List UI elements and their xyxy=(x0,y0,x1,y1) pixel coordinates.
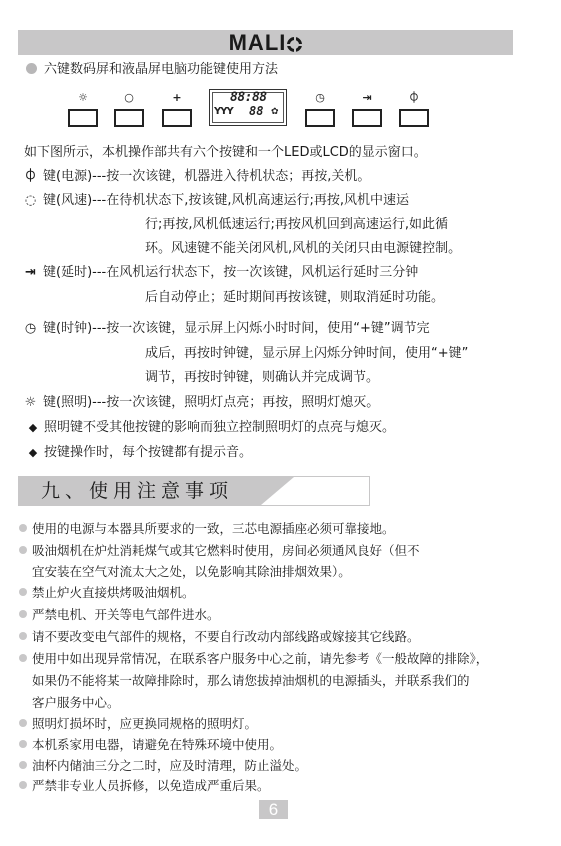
bullet-dot-icon xyxy=(19,546,27,554)
function-delay-line: 后自动停止；延时期间再按该键，则取消延时功能。 xyxy=(145,289,444,307)
lcd-display: 88:88 YYY 88 ✿ xyxy=(209,89,287,126)
fan-speed-key-button xyxy=(114,109,144,127)
bullet-dot-icon xyxy=(19,588,27,596)
delay-icon: ⇥ xyxy=(352,92,382,104)
note-text: 如果仍不能将某一故障排除时，那么请您拔掉油烟机的电源插头，并联系我们的 xyxy=(32,673,470,688)
clock-icon: ◷ xyxy=(22,320,39,338)
bullet-dot-icon xyxy=(19,781,27,789)
brand-logo: MALI xyxy=(18,31,513,55)
note-text: 客户服务中心。 xyxy=(32,695,120,710)
bullet-item: ◆按键操作时，每个按键都有提示音。 xyxy=(22,444,252,462)
function-fan-speed: ◌键(风速)---在待机状态下,按该键,风机高速运行;再按,风机中速运 xyxy=(22,192,409,210)
fan-speed-key: ○ xyxy=(114,92,144,134)
note-item: 照明灯损坏时，应更换同规格的照明灯。 xyxy=(19,715,257,734)
note-item: 油杯内储油三分之二时，应及时清理，防止溢处。 xyxy=(19,757,307,776)
brand-header-bar: MALI xyxy=(18,30,513,55)
power-icon: ⏀ xyxy=(22,168,39,186)
note-text: 请不要改变电气部件的规格，不要自行改动内部线路或嫁接其它线路。 xyxy=(32,629,420,644)
function-clock-line: 成后，再按时钟键，显示屏上闪烁分钟时间，使用“+键” xyxy=(145,345,468,363)
function-light: ☼键(照明)---按一次该键，照明灯点亮；再按，照明灯熄灭。 xyxy=(22,394,379,412)
bullet-item: ◆照明键不受其他按键的影响而独立控制照明灯的点亮与熄灭。 xyxy=(22,419,395,437)
brand-logo-o-icon xyxy=(287,37,302,52)
clock-key-button xyxy=(305,109,335,127)
power-key-button xyxy=(399,109,429,127)
fan-level-icon: YYY xyxy=(214,106,233,118)
lcd-time: 88:88 xyxy=(230,91,267,105)
bullet-dot-icon xyxy=(19,632,27,640)
delay-key: ⇥ xyxy=(352,92,382,134)
light-key-button xyxy=(68,109,98,127)
note-text: 吸油烟机在炉灶消耗煤气或其它燃料时使用，房间必须通风良好（但不 xyxy=(32,543,420,558)
function-clock-line: 调节，再按时钟键，则确认并完成调节。 xyxy=(145,369,379,387)
delay-key-button xyxy=(352,109,382,127)
function-fan-speed-line: 环。风速键不能关闭风机,风机的关闭只由电源键控制。 xyxy=(145,240,461,258)
note-item-continued: 如果仍不能将某一故障排除时，那么请您拔掉油烟机的电源插头，并联系我们的 xyxy=(19,672,470,691)
diamond-bullet-icon: ◆ xyxy=(22,419,44,437)
function-delay-line: 键(延时)---在风机运行状态下，按一次该键，风机运行延时三分钟 xyxy=(43,265,418,280)
note-text: 本机系家用电器，请避免在特殊环境中使用。 xyxy=(32,737,282,752)
function-fan-speed-line: 行;再按,风机低速运行;再按风机回到高速运行,如此循 xyxy=(145,216,448,234)
light-icon: ☼ xyxy=(22,394,39,412)
bullet-dot-icon xyxy=(26,63,37,74)
bullet-dot-icon xyxy=(19,740,27,748)
function-fan-speed-line: 键(风速)---在待机状态下,按该键,风机高速运行;再按,风机中速运 xyxy=(43,193,409,208)
subheading-text: 六键数码屏和液晶屏电脑功能键使用方法 xyxy=(44,62,278,77)
note-item-continued: 宜安装在空气对流太大之处，以免影响其除油排烟效果）。 xyxy=(19,563,351,582)
bullet-dot-icon xyxy=(19,524,27,532)
plus-key: + xyxy=(162,92,192,134)
note-text: 严禁非专业人员拆修，以免造成严重后果。 xyxy=(32,778,270,793)
lamp-indicator-icon: ✿ xyxy=(271,106,279,118)
clock-icon: ◷ xyxy=(305,92,335,104)
function-light-line: 键(照明)---按一次该键，照明灯点亮；再按，照明灯熄灭。 xyxy=(43,395,379,410)
function-clock: ◷键(时钟)---按一次该键，显示屏上闪烁小时时间，使用“+键”调节完 xyxy=(22,320,430,338)
function-power-line: 键(电源)---按一次该键，机器进入待机状态；再按,关机。 xyxy=(43,169,370,184)
power-icon: ⏀ xyxy=(399,92,429,104)
note-item-continued: 客户服务中心。 xyxy=(19,694,120,713)
plus-icon: + xyxy=(162,92,192,104)
plus-key-button xyxy=(162,109,192,127)
note-item: 请不要改变电气部件的规格，不要自行改动内部线路或嫁接其它线路。 xyxy=(19,628,420,647)
function-delay: ⇥键(延时)---在风机运行状态下，按一次该键，风机运行延时三分钟 xyxy=(22,264,418,282)
control-panel-diagram: ☼ ○ + 88:88 YYY 88 ✿ ◷ ⇥ ⏀ xyxy=(68,92,458,134)
intro-text: 如下图所示，本机操作部共有六个按键和一个LED或LCD的显示窗口。 xyxy=(24,144,427,162)
function-power: ⏀键(电源)---按一次该键，机器进入待机状态；再按,关机。 xyxy=(22,168,370,186)
page-number: 6 xyxy=(259,800,288,819)
delay-icon: ⇥ xyxy=(22,264,39,282)
fan-speed-icon: ○ xyxy=(114,92,144,104)
lcd-speed: 88 xyxy=(249,104,263,118)
note-text: 使用的电源与本器具所要求的一致，三芯电源插座必须可靠接地。 xyxy=(32,521,395,536)
bullet-text: 按键操作时，每个按键都有提示音。 xyxy=(44,445,252,460)
note-item: 严禁非专业人员拆修，以免造成严重后果。 xyxy=(19,777,270,796)
note-item: 使用中如出现异常情况，在联系客户服务中心之前，请先参考《一般故障的排除》， xyxy=(19,650,488,669)
note-text: 油杯内储油三分之二时，应及时清理，防止溢处。 xyxy=(32,758,307,773)
note-item: 本机系家用电器，请避免在特殊环境中使用。 xyxy=(19,736,282,755)
function-clock-line: 键(时钟)---按一次该键，显示屏上闪烁小时时间，使用“+键”调节完 xyxy=(43,321,430,336)
note-text: 使用中如出现异常情况，在联系客户服务中心之前，请先参考《一般故障的排除》， xyxy=(32,651,488,666)
power-key: ⏀ xyxy=(399,92,429,134)
fan-speed-icon: ◌ xyxy=(22,192,39,210)
note-item: 吸油烟机在炉灶消耗煤气或其它燃料时使用，房间必须通风良好（但不 xyxy=(19,542,420,561)
subheading: 六键数码屏和液晶屏电脑功能键使用方法 xyxy=(26,61,278,79)
bullet-dot-icon xyxy=(19,654,27,662)
note-text: 宜安装在空气对流太大之处，以免影响其除油排烟效果）。 xyxy=(32,564,351,579)
section-header: 九、使用注意事项 xyxy=(18,476,370,506)
light-icon: ☼ xyxy=(68,92,98,104)
note-text: 照明灯损坏时，应更换同规格的照明灯。 xyxy=(32,716,257,731)
clock-key: ◷ xyxy=(305,92,335,134)
bullet-dot-icon xyxy=(19,761,27,769)
bullet-text: 照明键不受其他按键的影响而独立控制照明灯的点亮与熄灭。 xyxy=(44,420,395,435)
light-key: ☼ xyxy=(68,92,98,134)
diamond-bullet-icon: ◆ xyxy=(22,444,44,462)
note-text: 禁止炉火直接烘烤吸油烟机。 xyxy=(32,585,195,600)
note-text: 严禁电机、开关等电气部件进水。 xyxy=(32,607,220,622)
section-title: 九、使用注意事项 xyxy=(41,479,233,503)
bullet-dot-icon xyxy=(19,719,27,727)
bullet-dot-icon xyxy=(19,610,27,618)
note-item: 禁止炉火直接烘烤吸油烟机。 xyxy=(19,584,195,603)
note-item: 使用的电源与本器具所要求的一致，三芯电源插座必须可靠接地。 xyxy=(19,520,395,539)
note-item: 严禁电机、开关等电气部件进水。 xyxy=(19,606,220,625)
